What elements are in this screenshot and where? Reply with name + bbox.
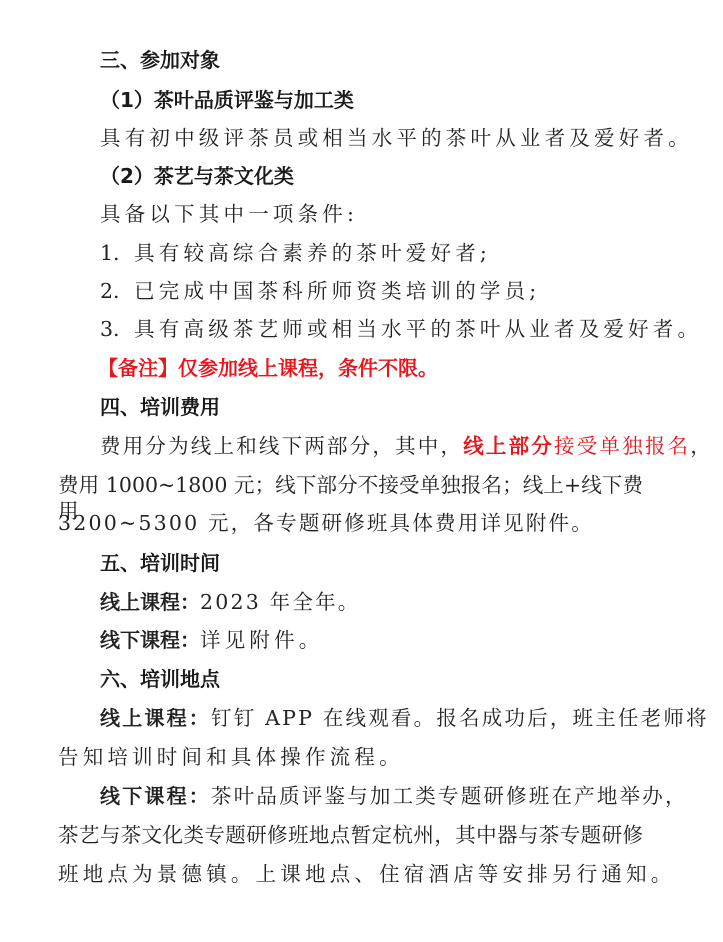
online-part-highlight: 线上部分: [463, 434, 554, 458]
subsection-1-heading: （1）茶叶品质评鉴与加工类: [100, 87, 354, 113]
online-location-text: 钉钉 APP 在线观看。报名成功后，班主任老师将: [211, 706, 709, 730]
section-6-heading: 六、培训地点: [100, 666, 220, 692]
separate-registration-highlight: 接受单独报名: [554, 434, 690, 458]
list-item-text: 已完成中国茶科所师资类培训的学员;: [134, 279, 540, 303]
offline-location-line-1: 线下课程：茶叶品质评鉴与加工类专题研修班在产地举办，: [100, 783, 688, 809]
subsection-1-text: 具有初中级评茶员或相当水平的茶叶从业者及爱好者。: [100, 125, 693, 151]
list-item: 1. 具有较高综合素养的茶叶爱好者;: [100, 240, 491, 266]
online-location-line-2: 告知培训时间和具体操作流程。: [58, 744, 404, 770]
online-time: 线上课程：2023 年全年。: [100, 589, 361, 615]
offline-location-label: 线下课程：: [100, 784, 211, 808]
online-time-label: 线上课程：: [100, 590, 200, 614]
offline-location-text: 茶叶品质评鉴与加工类专题研修班在产地举办，: [211, 784, 688, 808]
note: 【备注】仅参加线上课程，条件不限。: [98, 355, 438, 381]
section-5-heading: 五、培训时间: [100, 550, 220, 576]
online-location-line-1: 线上课程：钉钉 APP 在线观看。报名成功后，班主任老师将: [100, 705, 709, 731]
online-location-label: 线上课程：: [100, 706, 211, 730]
fee-paragraph-line-3: 3200~5300 元，各专题研修班具体费用详见附件。: [58, 510, 594, 536]
section-4-heading: 四、培训费用: [100, 394, 220, 420]
list-item-number: 3.: [100, 317, 120, 341]
offline-time-value: 详见附件。: [200, 628, 324, 652]
fee-paragraph-line-1: 费用分为线上和线下两部分，其中，线上部分接受单独报名，: [100, 433, 713, 459]
note-label: 【备注】: [98, 356, 178, 380]
subsection-2-intro: 具备以下其中一项条件:: [100, 201, 358, 227]
offline-location-line-2: 茶艺与茶文化类专题研修班地点暂定杭州，其中器与茶专题研修: [58, 822, 643, 848]
fee-comma: ，: [690, 434, 713, 458]
list-item-text: 具有较高综合素养的茶叶爱好者;: [134, 241, 491, 265]
note-text: 仅参加线上课程，条件不限。: [178, 356, 438, 380]
subsection-2-heading: （2）茶艺与茶文化类: [100, 163, 294, 189]
list-item-number: 1.: [100, 241, 120, 265]
list-item-text: 具有高级茶艺师或相当水平的茶叶从业者及爱好者。: [134, 317, 702, 341]
list-item: 2. 已完成中国茶科所师资类培训的学员;: [100, 278, 540, 304]
offline-time: 线下课程：详见附件。: [100, 627, 324, 653]
offline-time-label: 线下课程：: [100, 628, 200, 652]
list-item: 3. 具有高级茶艺师或相当水平的茶叶从业者及爱好者。: [100, 316, 702, 342]
fee-text: 费用分为线上和线下两部分，其中，: [100, 434, 463, 458]
list-item-number: 2.: [100, 279, 120, 303]
section-3-heading: 三、参加对象: [100, 47, 220, 73]
online-time-value: 2023 年全年。: [200, 590, 361, 614]
offline-location-line-3: 班地点为景德镇。上课地点、住宿酒店等安排另行通知。: [58, 861, 676, 887]
